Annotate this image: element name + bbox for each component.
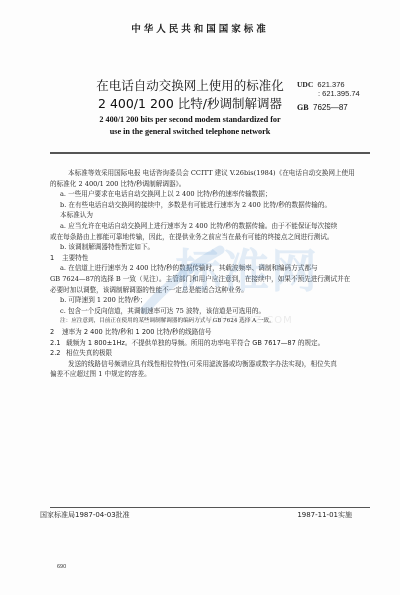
section-1-heading: 1主要特性 <box>50 253 372 264</box>
udc-code-2: : 621.395.74 <box>318 89 360 98</box>
section-1-item-a-line3: 必要时加以调整，该调制解调器的性能不一定总是能适合这种业务。 <box>50 285 372 296</box>
section-1-number: 1 <box>50 253 62 264</box>
section-1-title: 主要特性 <box>62 254 88 262</box>
intro-line2: 的标准化 2 400/1 200 比特/秒调制解调器》。 <box>50 179 372 190</box>
considers-heading: 本标准认为 <box>50 210 372 221</box>
page-number: 690 <box>57 564 66 570</box>
section-2-1-number: 2.1 <box>50 338 66 349</box>
consider-item-b: b. 该调制解调器特性暂定如下。 <box>50 242 372 253</box>
section-2-2-title: 相位失真的极限 <box>66 349 112 357</box>
footer-divider <box>50 507 370 508</box>
gb-label: GB <box>297 103 309 112</box>
section-1-item-a-line1: a. 在信道上进行速率为 2 400 比特/秒的数据传输时，其载波频率、调制和编… <box>50 263 372 274</box>
intro-line1: 本标准等效采用国际电报 电话咨询委员会 CCITT 建议 V.26bis(198… <box>50 168 372 179</box>
document-body: 本标准等效采用国际电报 电话咨询委员会 CCITT 建议 V.26bis(198… <box>50 168 372 380</box>
section-1-item-a-line2: GB 7624—87的选择 B 一致（见注）。主管部门和用户应注意到，在接续中，… <box>50 274 372 285</box>
document-header: 中华人民共和国国家标准 <box>0 21 400 35</box>
section-2-2-number: 2.2 <box>50 348 66 359</box>
section-2-number: 2 <box>50 327 62 338</box>
standard-title-zh: 在电话自动交换网上使用的标准化 2 400/1 200 比特/秒调制解调器 <box>80 77 300 113</box>
section-2-2-heading: 2.2相位失真的极限 <box>50 348 372 359</box>
udc-label: UDC <box>297 80 313 89</box>
section-2-title: 速率为 2 400 比特/秒和 1 200 比特/秒的线路信号 <box>62 328 212 336</box>
section-2-heading: 2速率为 2 400 比特/秒和 1 200 比特/秒的线路信号 <box>50 327 372 338</box>
section-1-item-c: c. 包含一个反向信道，其调制速率可达 75 波特，该信道是可选用的。 <box>50 306 372 317</box>
section-1-item-b: b. 可降速到 1 200 比特/秒； <box>50 295 372 306</box>
section-2-2-line1: 发送的线路信号频谱应具有线性相位特性(可采用滤波器或均衡器或数字办法实现)，相位… <box>50 359 372 370</box>
udc-code-1: 621.376 <box>317 80 344 89</box>
gb-standard-number: GB 7625—87 <box>297 103 348 112</box>
title-en-line2: use in the general switched telephone ne… <box>80 126 300 138</box>
approval-date: 国家标准局1987-04-03批准 <box>40 510 130 520</box>
udc-classification: UDC 621.376 : 621.395.74 <box>297 80 360 98</box>
intro-item-b: b. 在有些电话自动交换网的接续中，多数是有可能进行速率为 2 400 比特/秒… <box>50 200 372 211</box>
section-2-1: 2.1载频为 1 800±1Hz。不提供单独的导频。所用的功率电平符合 GB 7… <box>50 338 372 349</box>
consider-item-a-line2: 或在每条路由上都能可靠地传输，因此，在提供业务之前应当在最有可能的终接点之间进行… <box>50 232 372 243</box>
title-en-line1: 2 400/1 200 bits per second modem standa… <box>80 114 300 126</box>
title-zh-line2: 2 400/1 200 比特/秒调制解调器 <box>80 95 300 113</box>
section-2-2-line2: 偏差不应超过图 1 中规定的容差。 <box>50 369 372 380</box>
header-divider <box>50 152 370 154</box>
consider-item-a-line1: a. 应当允许在电话自动交换网上进行速率为 2 400 比特/秒的数据传输。由于… <box>50 221 372 232</box>
effective-date: 1987-11-01实施 <box>297 510 352 520</box>
standard-title-en: 2 400/1 200 bits per second modem standa… <box>80 114 300 138</box>
section-1-note: 注：应注意到，目前正在使用的某些调制解调器的编码方式与 GB 7624 选择 A… <box>50 316 372 327</box>
title-zh-line1: 在电话自动交换网上使用的标准化 <box>80 77 300 95</box>
section-2-1-text: 载频为 1 800±1Hz。不提供单独的导频。所用的功率电平符合 GB 7617… <box>66 339 324 347</box>
gb-number: 7625—87 <box>313 103 348 112</box>
intro-item-a: a. 一些用户要求在电话自动交换网上以 2 400 比特/秒的速率传输数据； <box>50 189 372 200</box>
